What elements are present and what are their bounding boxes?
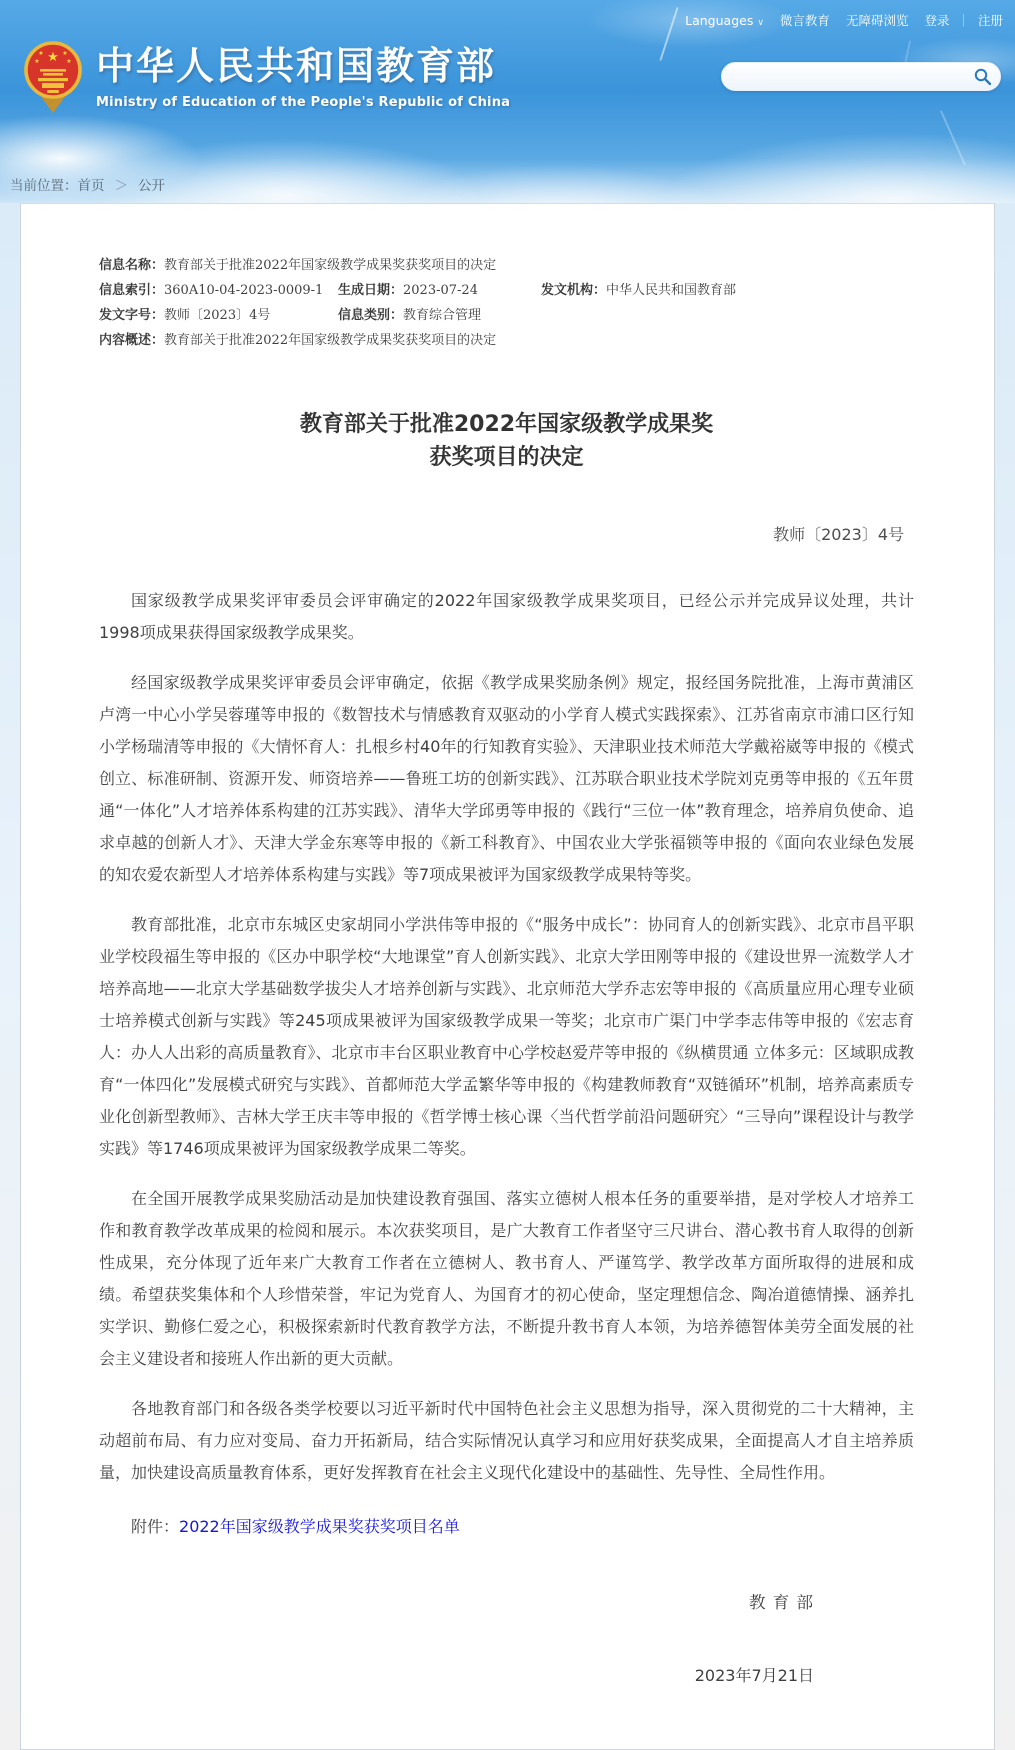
meta-agency-label: 发文机构： — [541, 283, 606, 298]
article-paragraph: 教育部批准，北京市东城区史家胡同小学洪伟等申报的《“服务中成长”：协同育人的创新… — [99, 909, 914, 1165]
svg-text:★: ★ — [38, 50, 43, 57]
top-nav: Languages∨ 微言教育 无障碍浏览 登录 ｜ 注册 — [685, 11, 1003, 29]
meta-index-label: 信息索引： — [99, 283, 164, 298]
meta-date-label: 生成日期： — [338, 283, 403, 298]
accessibility-link[interactable]: 无障碍浏览 — [846, 11, 909, 29]
breadcrumb: 当前位置：首页＞公开 — [10, 174, 165, 194]
meta-date-value: 2023-07-24 — [403, 283, 478, 298]
header-banner: Languages∨ 微言教育 无障碍浏览 登录 ｜ 注册 ★ ★ ★ ★ ★ — [0, 0, 1015, 203]
attachment-line: 附件：2022年国家级教学成果奖获奖项目名单 — [99, 1511, 914, 1543]
search-box — [721, 62, 1001, 91]
meta-index-value: 360A10-04-2023-0009-1 — [164, 283, 323, 298]
page: Languages∨ 微言教育 无障碍浏览 登录 ｜ 注册 ★ ★ ★ ★ ★ — [0, 0, 1015, 1750]
document-number: 教师〔2023〕4号 — [99, 522, 914, 545]
languages-menu[interactable]: Languages∨ — [685, 13, 764, 28]
meta-docno-label: 发文字号： — [99, 308, 164, 323]
meta-agency-value: 中华人民共和国教育部 — [606, 283, 736, 298]
article-paragraph: 国家级教学成果奖评审委员会评审确定的2022年国家级教学成果奖项目，已经公示并完… — [99, 585, 914, 649]
article-paragraph: 各地教育部门和各级各类学校要以习近平新时代中国特色社会主义思想为指导，深入贯彻党… — [99, 1393, 914, 1489]
search-button[interactable] — [973, 68, 991, 86]
site-title: 中华人民共和国教育部 — [96, 46, 510, 88]
decoration-streak — [659, 7, 678, 61]
attachment-link[interactable]: 2022年国家级教学成果奖获奖项目名单 — [179, 1517, 460, 1536]
document-panel: 信息名称： 教育部关于批准2022年国家级教学成果奖获奖项目的决定 信息索引：3… — [20, 203, 995, 1750]
meta-row-docno: 发文字号：教师〔2023〕4号 信息类别：教育综合管理 — [99, 309, 914, 323]
meta-category-label: 信息类别： — [338, 308, 403, 323]
meta-docno-value: 教师〔2023〕4号 — [164, 308, 270, 323]
register-link[interactable]: 注册 — [978, 11, 1003, 29]
meta-summary-value: 教育部关于批准2022年国家级教学成果奖获奖项目的决定 — [164, 334, 496, 348]
meta-name-label: 信息名称： — [99, 259, 164, 273]
meta-table: 信息名称： 教育部关于批准2022年国家级教学成果奖获奖项目的决定 信息索引：3… — [99, 259, 914, 348]
site-subtitle: Ministry of Education of the People's Re… — [96, 95, 510, 110]
svg-text:★: ★ — [66, 58, 71, 65]
login-link[interactable]: 登录 — [924, 11, 949, 29]
breadcrumb-label: 当前位置： — [10, 178, 78, 194]
meta-summary-label: 内容概述： — [99, 334, 164, 348]
breadcrumb-home[interactable]: 首页 — [78, 178, 105, 194]
article-paragraph: 在全国开展教学成果奖励活动是加快建设教育强国、落实立德树人根本任务的重要举措，是… — [99, 1183, 914, 1375]
article-paragraph: 经国家级教学成果奖评审委员会评审确定，依据《教学成果奖励条例》规定，报经国务院批… — [99, 667, 914, 891]
svg-text:★: ★ — [47, 50, 59, 65]
meta-name-value: 教育部关于批准2022年国家级教学成果奖获奖项目的决定 — [164, 259, 496, 273]
page-title: 教育部关于批准2022年国家级教学成果奖 获奖项目的决定 — [99, 408, 914, 474]
issue-date: 2023年7月21日 — [99, 1663, 914, 1686]
breadcrumb-separator: ＞ — [115, 178, 129, 194]
brand-text: 中华人民共和国教育部 Ministry of Education of the … — [96, 40, 510, 110]
issuer-signature: 教 育 部 — [99, 1589, 914, 1613]
search-input[interactable] — [736, 63, 973, 90]
nav-divider: ｜ — [957, 11, 970, 29]
svg-text:★: ★ — [34, 58, 39, 65]
attachment-label: 附件： — [131, 1517, 179, 1536]
search-icon — [974, 68, 991, 85]
article-body: 国家级教学成果奖评审委员会评审确定的2022年国家级教学成果奖项目，已经公示并完… — [99, 585, 914, 1489]
meta-category-value: 教育综合管理 — [403, 308, 481, 323]
svg-text:★: ★ — [62, 50, 67, 57]
meta-row-name: 信息名称： 教育部关于批准2022年国家级教学成果奖获奖项目的决定 — [99, 259, 914, 273]
meta-row-summary: 内容概述： 教育部关于批准2022年国家级教学成果奖获奖项目的决定 — [99, 334, 914, 348]
decoration-streak — [940, 110, 966, 166]
national-emblem-icon: ★ ★ ★ ★ ★ — [24, 40, 82, 114]
brand: ★ ★ ★ ★ ★ 中华人民共和国教育部 Ministry of Educati… — [24, 40, 510, 114]
chevron-down-icon: ∨ — [757, 18, 764, 28]
weiyan-link[interactable]: 微言教育 — [780, 11, 830, 29]
meta-row-index: 信息索引：360A10-04-2023-0009-1 生成日期：2023-07-… — [99, 284, 914, 298]
breadcrumb-section[interactable]: 公开 — [138, 178, 165, 194]
